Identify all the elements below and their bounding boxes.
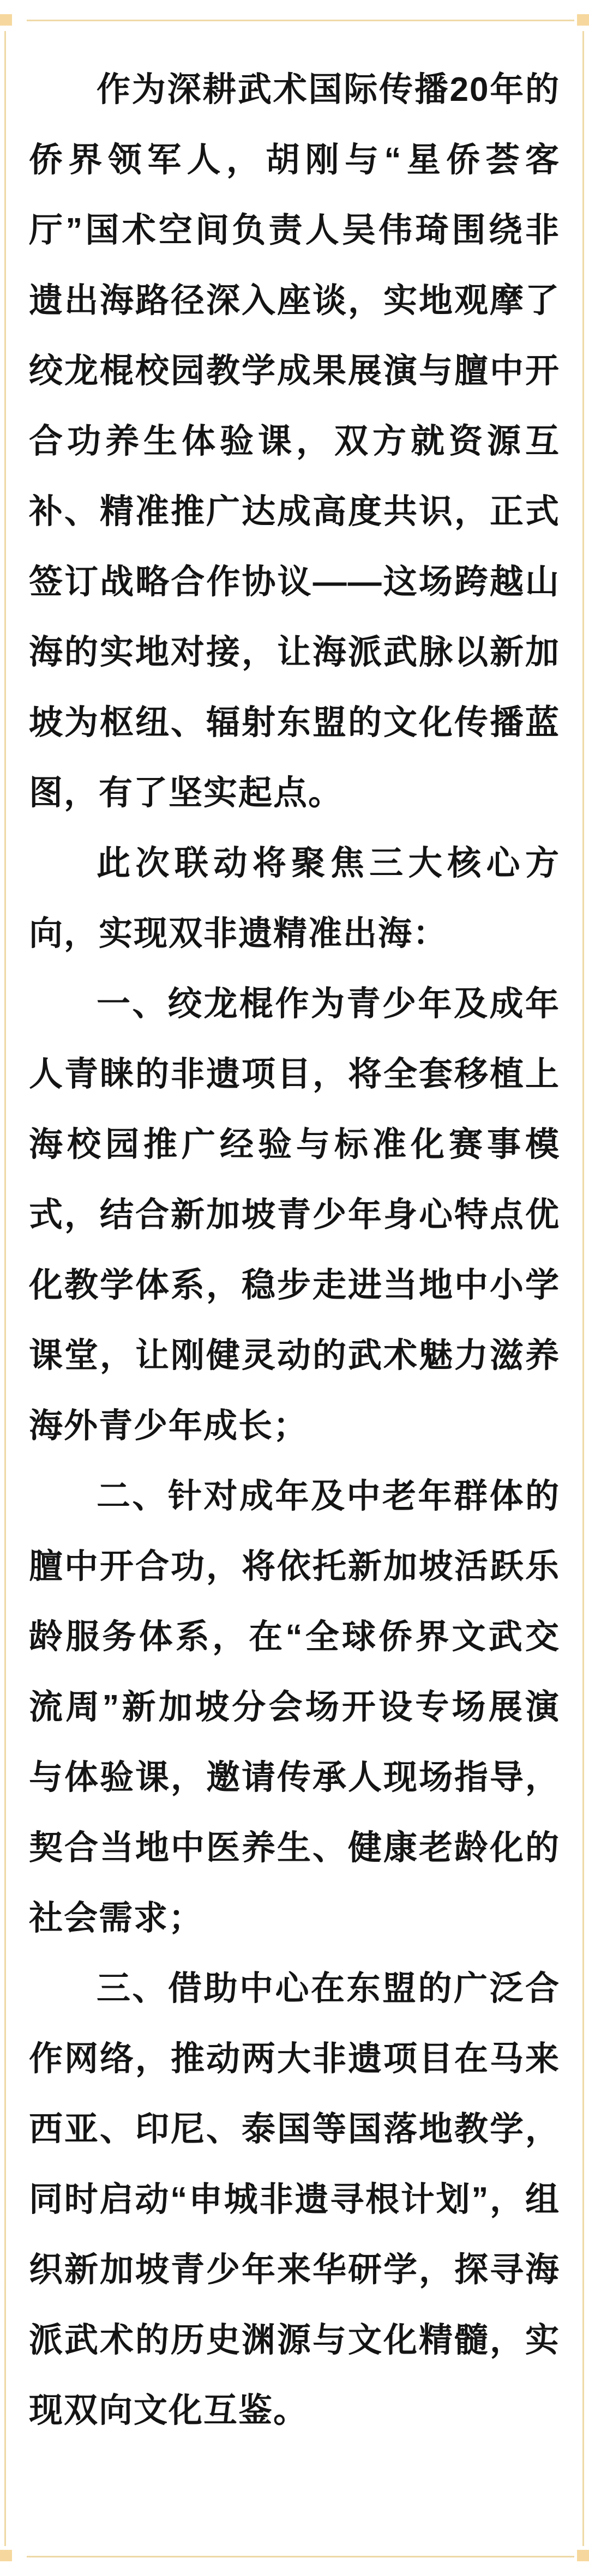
paragraph-point-1: 一、绞龙棍作为青少年及成年人青睐的非遗项目，将全套移植上海校园推广经验与标准化赛… [29,969,560,1461]
frame-left-rule [4,31,6,2546]
paragraph-lead-in: 此次联动将聚焦三大核心方向，实现双非遗精准出海： [29,828,560,969]
frame-bottom-rule [27,2556,574,2557]
frame-top-rule [27,20,574,21]
frame-corner-square-bottom-right [577,2550,589,2561]
frame-corner-square-top-left [0,14,12,26]
paragraph-intro: 作为深耕武术国际传播20年的侨界领军人，胡刚与“星侨荟客厅”国术空间负责人吴伟琦… [29,55,560,828]
frame-corner-square-bottom-left [0,2550,12,2561]
paragraph-point-2: 二、针对成年及中老年群体的膻中开合功，将依托新加坡活跃乐龄服务体系，在“全球侨界… [29,1461,560,1953]
paragraph-point-3: 三、借助中心在东盟的广泛合作网络，推动两大非遗项目在马来西亚、印尼、泰国等国落地… [29,1953,560,2446]
frame-right-rule [582,31,584,2546]
article-body: 作为深耕武术国际传播20年的侨界领军人，胡刚与“星侨荟客厅”国术空间负责人吴伟琦… [29,55,560,2446]
frame-corner-square-top-right [577,14,589,26]
